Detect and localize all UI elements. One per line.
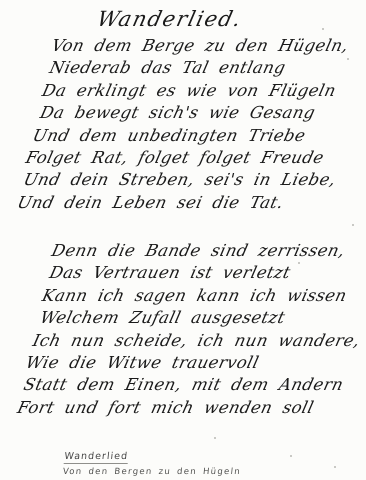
poem-line: Statt dem Einen, mit dem Andern	[21, 375, 366, 397]
scan-speck	[352, 224, 354, 226]
scan-speck	[334, 466, 336, 468]
poem-line: Wie die Witwe trauervoll	[23, 352, 366, 374]
poem-line: Ich nun scheide, ich nun wandere,	[31, 330, 366, 352]
scan-speck	[214, 437, 216, 439]
poem-line: Da erklingt es wie von Flügeln	[40, 80, 366, 102]
poem-line: Welchem Zufall ausgesetzt	[38, 307, 366, 329]
pencil-annotation: Wanderlied Von den Bergen zu den Hügeln	[62, 444, 244, 477]
poem-line: Niederab das Tal entlang	[47, 57, 366, 79]
annotation-first-line: Von den Bergen zu den Hügeln	[62, 467, 241, 477]
poem-stanza-2: Denn die Bande sind zerrissen, Das Vertr…	[0, 240, 366, 419]
poem-line: Folget Rat, folget folget Freude	[23, 147, 366, 169]
poem-line: Und dem unbedingten Triebe	[31, 125, 366, 147]
poem-stanza-1: Von dem Berge zu den Hügeln, Niederab da…	[0, 35, 366, 214]
manuscript-page: Wanderlied. Von dem Berge zu den Hügeln,…	[0, 0, 366, 480]
poem-title: Wanderlied.	[0, 7, 356, 31]
poem-line: Fort und fort mich wenden soll	[15, 397, 366, 419]
poem-line: Da bewegt sich's wie Gesang	[38, 102, 366, 124]
poem-line: Kann ich sagen kann ich wissen	[40, 285, 366, 307]
poem-line: Das Vertrauen ist verletzt	[47, 263, 366, 285]
poem-line: Und dein Leben sei die Tat.	[15, 192, 366, 214]
annotation-title: Wanderlied	[64, 451, 129, 464]
poem-line: Von dem Berge zu den Hügeln,	[49, 35, 366, 57]
poem-line: Und dein Streben, sei's in Liebe,	[21, 169, 366, 191]
scan-speck	[290, 455, 292, 457]
poem-line: Denn die Bande sind zerrissen,	[49, 240, 366, 262]
